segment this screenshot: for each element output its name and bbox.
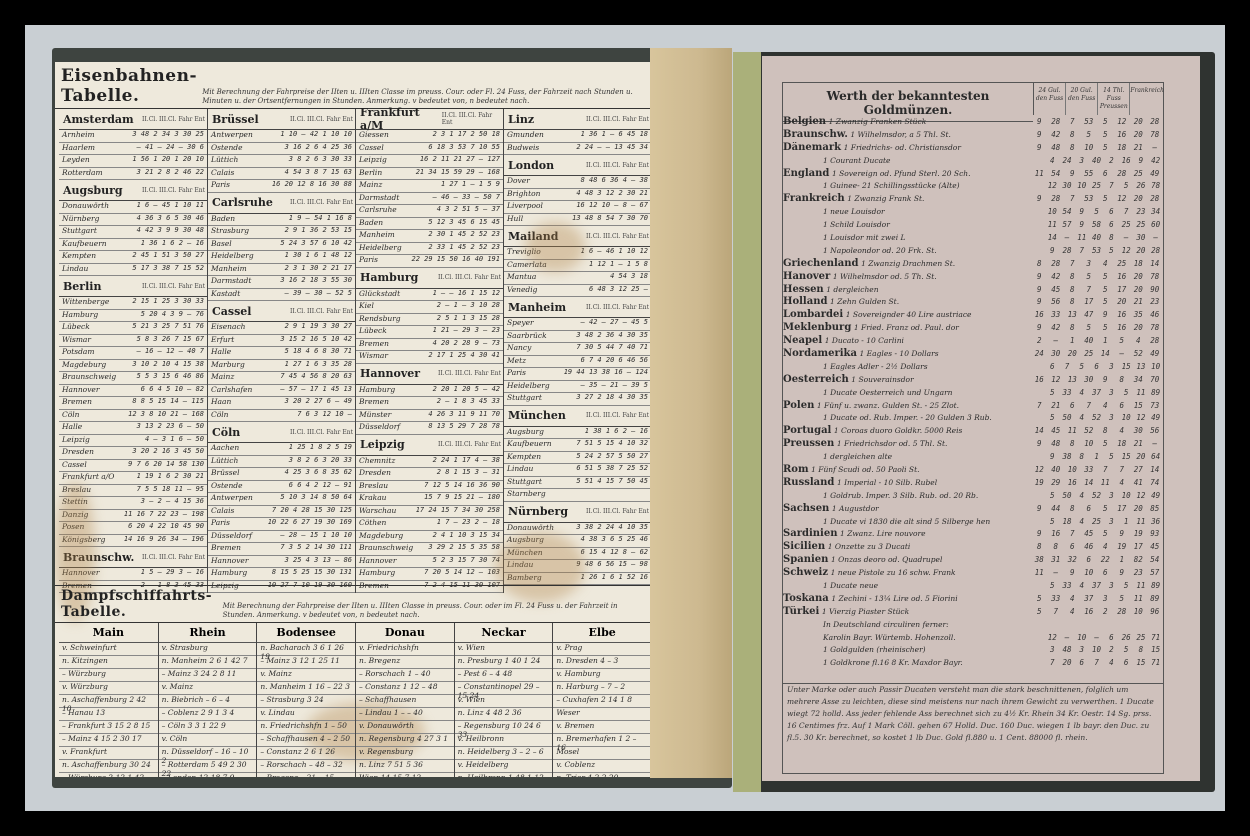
fare-values: 7 6 3 12 10 –: [297, 410, 352, 422]
timetable-row: Hamburg5 20 4 3 9 – 76: [59, 310, 207, 323]
steamer-row: n. Linz 4 48 2 36: [455, 708, 553, 721]
coin-value: 82: [1130, 555, 1147, 564]
destination: Breslau: [359, 481, 388, 493]
coin-name: 1 Goldrub. Imper. 3 Silb. Rub. od. 20 Rb…: [823, 491, 978, 500]
coin-value: 49: [1148, 413, 1163, 422]
timetable-row: Carlshafen– 57 – 17 1 45 13: [208, 385, 355, 398]
coin-value: 34: [1148, 207, 1163, 216]
fare-values: 2 24 1 17 4 – 38: [433, 456, 500, 468]
destination: Augsburg: [507, 427, 544, 439]
destination: Ostende: [211, 143, 243, 155]
coin-value: 6: [1104, 207, 1119, 216]
route: – Rotterdam 5 49 2 30 22: [162, 760, 254, 772]
coin-value: 46: [1081, 542, 1098, 551]
coin-value: 46: [1147, 310, 1164, 319]
timetable-row: Lindau5 17 3 38 7 15 52: [59, 264, 207, 277]
route: Weser: [556, 708, 579, 720]
river-column: Donauv. Friedrichshfnn. Bregenz– Rorscha…: [355, 623, 454, 777]
coin-value: 36: [1148, 517, 1163, 526]
coin-value: 5: [1089, 207, 1104, 216]
coin-value: 16: [1114, 130, 1131, 139]
destination: Manheim: [359, 230, 395, 242]
coin-value: 5: [1081, 323, 1098, 332]
coin-value: 14: [1045, 233, 1060, 242]
coin-value: 5: [1097, 194, 1114, 203]
coin-value: 52: [1081, 426, 1098, 435]
coin-name: 1 Vierzig Piaster Stück: [822, 607, 909, 616]
route: v. Hamburg: [556, 669, 600, 681]
coin-name: 1 Onzas deoro od. Quadrupel: [831, 555, 942, 564]
fare-values: 16 20 12 8 16 30 88: [272, 180, 352, 192]
coin-value: 18: [1060, 517, 1075, 526]
steamer-row: n. Dresden 4 – 3: [553, 656, 651, 669]
coin-value: 33: [1048, 310, 1065, 319]
coin-value: 20: [1060, 658, 1075, 667]
timetable-row: Darmstadt– 46 – 33 – 50 7: [356, 193, 503, 206]
rail-table-title: Eisenbahnen-Tabelle.: [61, 66, 194, 106]
fare-values: 3 29 2 15 5 35 58: [428, 543, 500, 555]
destination: Kiel: [359, 301, 374, 313]
station-header: LinzII.Cl. III.Cl. Fahr Ent: [504, 109, 651, 130]
timetable-row: Kempten5 24 2 57 5 50 27: [504, 452, 651, 465]
coin-name: 1 Zechini - 13¼ Lire od. 5 Fiorini: [831, 594, 957, 603]
coin-value: 4: [1097, 401, 1114, 410]
coin-value: 3: [1104, 581, 1119, 590]
coin-value: 78: [1147, 130, 1164, 139]
station-header: HannoverII.Cl. III.Cl. Fahr Ent: [356, 364, 503, 385]
coin-value: 7: [1104, 181, 1119, 190]
coin-value: 5: [1114, 336, 1131, 345]
timetable-row: Hannover3 25 4 3 13 – 86: [208, 556, 355, 569]
rail-table-header: Eisenbahnen-Tabelle. Mit Berechnung der …: [55, 62, 655, 109]
station-name: Augsburg: [59, 184, 123, 197]
rail-table-subtitle: Mit Berechnung der Fahrpreise der IIten …: [202, 88, 649, 106]
coin-value: 7: [1031, 401, 1048, 410]
fare-values: 1 – – 16 1 15 12: [433, 289, 500, 301]
fare-values: 6 7 4 20 6 46 56: [581, 356, 648, 368]
route: v. Heilbronn: [458, 734, 504, 746]
route: n. Biebrich – 6 – 4: [162, 695, 230, 707]
destination: Kaufbeuern: [507, 439, 552, 451]
column-units: II.Cl. III.Cl. Fahr Ent: [142, 116, 207, 123]
timetable-row: Manheim2 3 1 30 2 21 17: [208, 264, 355, 277]
coin-value: 20: [1130, 130, 1147, 139]
river-column: Elbev. Pragn. Dresden 4 – 3v. Hamburgn. …: [552, 623, 651, 777]
coin-value: 5: [1097, 504, 1114, 513]
route: v. Regensburg: [359, 747, 413, 759]
coin-name: 1 neue Pistole zu 16 schw. Frank: [831, 568, 956, 577]
coin-table: Werth der bekanntesten Goldmünzen. 24 Gu…: [782, 82, 1164, 774]
timetable-row: Cassel9 7 6 20 14 58 130: [59, 460, 207, 473]
timetable-row: Cöln7 6 3 12 10 –: [208, 410, 355, 423]
river-column: Rheinv. Strasburgn. Manheim 2 6 1 42 7– …: [158, 623, 257, 777]
coin-value: 5: [1097, 323, 1114, 332]
station-header: HamburgII.Cl. III.Cl. Fahr Ent: [356, 268, 503, 289]
steamer-row: v. Würzburg: [59, 682, 158, 695]
route: – Würzburg 2 12 1 42: [62, 773, 144, 777]
destination: Haarlem: [62, 143, 95, 155]
steamer-row: v. Friedrichshfn: [356, 643, 454, 656]
timetable-row: Saarbrück3 48 2 36 4 30 35: [504, 331, 651, 344]
fare-values: 9 48 6 56 15 – 98: [576, 560, 648, 572]
timetable-row: Stuttgart3 27 2 18 4 30 35: [504, 393, 651, 406]
coin-value: 11: [1064, 426, 1081, 435]
coin-value: 16: [1114, 323, 1131, 332]
fare-values: 4 20 2 28 9 – 73: [433, 339, 500, 351]
coin-value: 5: [1045, 413, 1060, 422]
coin-value: 1: [1097, 336, 1114, 345]
fare-values: 6 51 5 38 7 25 52: [576, 464, 648, 476]
destination: Stuttgart: [507, 393, 542, 405]
destination: Manheim: [211, 264, 247, 276]
fare-values: 1 10 – 42 1 10 10: [280, 130, 352, 142]
coin-value: 8: [1074, 452, 1089, 461]
coin-value: 40: [1081, 336, 1098, 345]
timetable-row: Wittenberge2 15 1 25 3 30 33: [59, 297, 207, 310]
fare-values: 15 7 9 15 21 – 180: [424, 493, 500, 505]
timetable-row: Nürnberg4 36 3 6 5 30 46: [59, 214, 207, 227]
coin-value: 53: [1089, 246, 1104, 255]
coin-table-column-headers: 24 Gul. den Fuss20 Gul. den Fuss14 Thl. …: [1033, 83, 1164, 115]
coin-name: 1 Sovereignder 40 Lire austriace: [846, 310, 972, 319]
route: n. Linz 4 48 2 36: [458, 708, 522, 720]
coin-value: 38: [1060, 452, 1075, 461]
timetable-row: Darmstadt3 16 2 18 3 55 30: [208, 276, 355, 289]
coin-value: 23: [1133, 207, 1148, 216]
timetable-row: Mainz7 45 4 56 8 20 63: [208, 372, 355, 385]
fare-values: 1 56 1 20 1 20 10: [132, 155, 204, 167]
destination: Carlshafen: [211, 385, 252, 397]
steamer-row: n. Manheim 2 6 1 42 7: [159, 656, 257, 669]
station-name: Cassel: [208, 305, 251, 318]
country-name: Rom: [783, 464, 809, 475]
fare-values: 2 4 1 10 3 15 34: [433, 531, 500, 543]
coin-value: 4: [1074, 388, 1089, 397]
column-units: II.Cl. III.Cl. Fahr Ent: [438, 441, 503, 448]
timetable-row: Rotterdam3 21 2 8 2 46 22: [59, 168, 207, 181]
coin-value: 96: [1147, 607, 1164, 616]
timetable-row: Antwerpen1 10 – 42 1 10 10: [208, 130, 355, 143]
coin-value: 6: [1104, 633, 1119, 642]
destination: Nürnberg: [62, 214, 99, 226]
station-name: Frankfurt a/M: [356, 106, 442, 132]
coin-row: Toskana 1 Zechini - 13¼ Lire od. 5 Fiori…: [783, 592, 1163, 605]
steamer-row: v. Prag: [553, 643, 651, 656]
destination: Dresden: [359, 468, 391, 480]
coin-name: 1 Zwanzig Frank St.: [847, 194, 924, 203]
destination: Hull: [507, 214, 523, 226]
coin-value: 60: [1148, 220, 1163, 229]
destination: Giessen: [359, 130, 389, 142]
coin-value: 3: [1081, 259, 1098, 268]
coin-name: 1 Onzette zu 3 Ducati: [828, 542, 911, 551]
coin-value: 5: [1045, 581, 1060, 590]
coin-value: 16: [1114, 272, 1131, 281]
coin-value: 6: [1045, 362, 1060, 371]
station-header: NürnbergII.Cl. III.Cl. Fahr Ent: [504, 502, 651, 523]
destination: Kempten: [507, 452, 541, 464]
column-units: II.Cl. III.Cl. Fahr Ent: [290, 308, 355, 315]
destination: Hannover: [359, 556, 396, 568]
destination: Hannover: [211, 556, 248, 568]
route: v. Wien: [458, 695, 485, 707]
coin-value: 5: [1045, 491, 1060, 500]
coin-value: 16: [1064, 478, 1081, 487]
fare-values: 4 36 3 6 5 30 46: [137, 214, 204, 226]
coin-name: 1 dergleichen: [826, 285, 878, 294]
timetable-row: Liverpool16 12 10 – 8 – 67: [504, 201, 651, 214]
coin-row: Nordamerika 1 Eagles - 10 Dollars2430202…: [783, 347, 1163, 360]
destination: Heidelberg: [211, 251, 254, 263]
route: n. Trier 4 2 2 20: [556, 773, 618, 777]
coin-value: 40: [1089, 156, 1104, 165]
coin-value: 37: [1089, 581, 1104, 590]
coin-row: 1 Goldrub. Imper. 3 Silb. Rub. od. 20 Rb…: [783, 489, 1163, 502]
timetable-row: Potsdam– 16 – 12 – 40 7: [59, 347, 207, 360]
timetable-row: Rendsburg2 5 1 1 3 15 28: [356, 314, 503, 327]
coin-value: 71: [1148, 633, 1163, 642]
coin-value: 6: [1097, 568, 1114, 577]
coin-value: 5: [1081, 272, 1098, 281]
coin-value: 71: [1148, 658, 1163, 667]
coin-value: 56: [1147, 426, 1164, 435]
coin-value: 5: [1081, 130, 1098, 139]
timetable-row: Paris19 44 13 38 16 – 124: [504, 368, 651, 381]
column-units: II.Cl. III.Cl. Fahr Ent: [586, 412, 651, 419]
fare-values: – 46 – 33 – 50 7: [433, 193, 500, 205]
fare-values: 7 20 5 14 12 – 103: [424, 568, 500, 580]
fare-values: 2 3 1 17 2 50 18: [433, 130, 500, 142]
station-header: AugsburgII.Cl. III.Cl. Fahr Ent: [59, 180, 207, 201]
destination: Rendsburg: [359, 314, 401, 326]
coin-value: 3: [1074, 156, 1089, 165]
fare-values: – 16 – 12 – 40 7: [137, 347, 204, 359]
coin-value: 12: [1133, 413, 1148, 422]
fare-values: 5 18 4 6 8 30 71: [285, 347, 352, 359]
route: n. Heidelberg 3 – 2 – 6: [458, 747, 544, 759]
coin-row: Hessen 1 dergleichen945875172090: [783, 283, 1163, 296]
coin-value: 5: [1097, 130, 1114, 139]
timetable-row: Bremen4 20 2 28 9 – 73: [356, 339, 503, 352]
steam-table-header: Dampfschiffahrts-Tabelle. Mit Berechnung…: [55, 585, 655, 623]
route: – Cöln 3 3 1 22 9: [162, 721, 226, 733]
coin-value: 9: [1031, 439, 1048, 448]
coin-value: 15: [1119, 452, 1134, 461]
timetable-row: Chemnitz2 24 1 17 4 – 38: [356, 456, 503, 469]
coin-value: 5: [1114, 594, 1131, 603]
route: v. Wien: [458, 643, 485, 655]
route: – Mainz 3 12 1 25 11: [260, 656, 340, 668]
coin-value: 16: [1114, 310, 1131, 319]
fare-values: 3 – 2 – 4 15 36: [141, 497, 204, 509]
coin-value: 33: [1060, 581, 1075, 590]
timetable-row: Speyer– 42 – 27 – 45 5: [504, 318, 651, 331]
fare-values: 4 3 2 51 5 – 37: [437, 205, 500, 217]
route: – Strasburg 3 24: [260, 695, 323, 707]
steam-table-subtitle: Mit Berechnung der Fahrpreise der IIten …: [223, 602, 649, 620]
coin-value: 19: [1031, 478, 1048, 487]
timetable-row: Braunschweig5 5 3 15 6 46 86: [59, 372, 207, 385]
fare-values: 1 30 1 6 1 48 12: [285, 251, 352, 263]
timetable-row: Antwerpen5 10 3 14 8 50 64: [208, 493, 355, 506]
coin-value: 93: [1147, 529, 1164, 538]
column-units: II.Cl. III.Cl. Fahr Ent: [438, 370, 503, 377]
fare-values: 5 5 3 15 6 46 86: [137, 372, 204, 384]
coin-value: 8: [1064, 504, 1081, 513]
book-spine: [733, 52, 761, 792]
coin-value: 12: [1031, 465, 1048, 474]
fare-values: 4 38 3 6 5 25 46: [581, 535, 648, 547]
coin-value: —: [1060, 633, 1075, 642]
steamer-row: v. Regensburg: [356, 747, 454, 760]
coin-value: 3: [1045, 645, 1060, 654]
coin-value: 14: [1031, 426, 1048, 435]
coin-value: 3: [1104, 517, 1119, 526]
route: v. Mainz: [260, 669, 291, 681]
fare-values: 4 42 3 9 9 30 48: [137, 226, 204, 238]
timetable-row: Lübeck1 21 – 29 3 – 23: [356, 326, 503, 339]
country-name: Neapel: [783, 335, 822, 346]
destination: Bremen: [359, 397, 389, 409]
fare-values: 2 20 1 20 5 – 42: [433, 385, 500, 397]
coin-row: Karolin Bayr. Würtemb. Hohenzoll.12—10—6…: [783, 631, 1163, 644]
destination: Speyer: [507, 318, 534, 330]
coin-name: In Deutschland circuliren ferner:: [823, 620, 949, 629]
route: n. Presburg 1 40 1 24: [458, 656, 541, 668]
timetable-row: Brüssel4 25 3 6 8 35 62: [208, 468, 355, 481]
timetable-row: Bremen2 – 1 8 3 45 33: [356, 397, 503, 410]
steamer-row: – Regensburg 10 24 6 33: [455, 721, 553, 734]
coin-value: 42: [1048, 323, 1065, 332]
coin-value: 32: [1064, 555, 1081, 564]
steamer-row: Mosel: [553, 747, 651, 760]
timetable-row: Düsseldorf– 28 – 15 1 10 10: [208, 531, 355, 544]
coin-value: 30: [1060, 181, 1075, 190]
coin-value: 11: [1130, 594, 1147, 603]
coin-value: 5: [1074, 362, 1089, 371]
coin-value: 55: [1081, 169, 1098, 178]
coin-value: 7: [1064, 529, 1081, 538]
coin-value: 6: [1089, 362, 1104, 371]
coin-value: 16: [1048, 529, 1065, 538]
destination: Rotterdam: [62, 168, 103, 180]
timetable-row: Bremen7 3 5 2 14 30 111: [208, 543, 355, 556]
destination: Bremen: [62, 397, 92, 409]
route: – Constanz 2 6 1 26: [260, 747, 335, 759]
coin-value: 9: [1031, 504, 1048, 513]
coin-value: 7: [1081, 401, 1098, 410]
timetable-row: Mantua4 54 3 18: [504, 272, 651, 285]
timetable-row: Arnheim3 48 2 34 3 30 25: [59, 130, 207, 143]
right-page-coin-table: Werth der bekanntesten Goldmünzen. 24 Gu…: [762, 56, 1200, 781]
fare-values: 5 10 3 14 8 50 64: [280, 493, 352, 505]
destination: Lübeck: [62, 322, 90, 334]
destination: Krakau: [359, 493, 387, 505]
timetable-row: Aachen1 25 1 8 2 5 19: [208, 443, 355, 456]
coin-row: 1 Ducate od. Rub. Imper. - 20 Gulden 3 R…: [783, 411, 1163, 424]
river-name: Main: [59, 623, 158, 643]
timetable-row: Berlin21 34 15 59 29 – 168: [356, 168, 503, 181]
timetable-row: Kiel2 – 1 – 3 10 28: [356, 301, 503, 314]
country-name: Schweiz: [783, 567, 828, 578]
route: – London 12 18 7 9: [162, 773, 235, 777]
station-name: Linz: [504, 113, 534, 126]
destination: Heidelberg: [359, 243, 402, 255]
destination: Starnberg: [507, 489, 546, 501]
timetable-row: Lübeck5 21 3 25 7 51 76: [59, 322, 207, 335]
destination: Hamburg: [62, 310, 98, 322]
country-name: Meklenburg: [783, 322, 851, 333]
coin-name: 1 Goldgulden (rheinischer): [823, 645, 926, 654]
coin-value: 3: [1104, 413, 1119, 422]
coin-row: Schweiz 1 neue Pistole zu 16 schw. Frank…: [783, 566, 1163, 579]
timetable-row: Gmunden1 36 1 – 6 45 18: [504, 130, 651, 143]
timetable-row: Wismar5 8 3 26 7 15 67: [59, 335, 207, 348]
coin-value: 11: [1031, 568, 1048, 577]
column-units: II.Cl. III.Cl. Fahr Ent: [142, 283, 207, 290]
currency-header: Frankreich: [1129, 83, 1164, 115]
fare-values: 3 16 2 6 4 25 36: [285, 143, 352, 155]
route: – Mainz 3 24 2 8 11: [162, 669, 237, 681]
station-name: London: [504, 159, 554, 172]
column-units: II.Cl. III.Cl. Fahr Ent: [586, 233, 651, 240]
coin-value: 33: [1081, 465, 1098, 474]
fare-values: – 41 – 24 – 30 6: [137, 143, 204, 155]
destination: Münster: [359, 410, 391, 422]
coin-value: 7: [1060, 362, 1075, 371]
coin-value: 30: [1130, 426, 1147, 435]
fare-values: 1 36 1 – 6 45 18: [581, 130, 648, 142]
fare-values: 3 13 2 23 6 – 50: [137, 422, 204, 434]
station-name: Brüssel: [208, 113, 259, 126]
station-header: CölnII.Cl. III.Cl. Fahr Ent: [208, 422, 355, 443]
fare-values: 7 12 5 14 16 36 90: [424, 481, 500, 493]
coin-footnote: Unter Marke oder auch Passir Ducaten ver…: [783, 683, 1163, 744]
country-name: Griechenland: [783, 258, 859, 269]
column-units: II.Cl. III.Cl. Fahr Ent: [290, 199, 355, 206]
steamer-row: v. Hamburg: [553, 669, 651, 682]
fare-values: 2 9 1 19 3 30 27: [285, 322, 352, 334]
coin-value: 24: [1031, 349, 1048, 358]
coin-value: 57: [1060, 220, 1075, 229]
coin-value: 4: [1097, 542, 1114, 551]
coin-value: 20: [1064, 349, 1081, 358]
fare-values: 12 3 8 10 21 – 168: [128, 410, 204, 422]
route: n. Friedrichshfn 1 – 50: [260, 721, 347, 733]
coin-value: 8: [1097, 426, 1114, 435]
coin-value: 3: [1104, 491, 1119, 500]
timetable-row: Marburg1 27 1 6 3 35 28: [208, 360, 355, 373]
coin-value: 8: [1064, 143, 1081, 152]
timetable-row: Kempten2 45 1 51 3 50 27: [59, 251, 207, 264]
steamer-row: n. Heilbronn 1 48 1 12 12: [455, 773, 553, 777]
fare-values: 7 5 5 18 11 – 95: [137, 485, 204, 497]
coin-value: 18: [1114, 143, 1131, 152]
fare-values: 6 15 4 12 8 – 62: [581, 548, 648, 560]
steamer-row: v. Coblenz: [553, 760, 651, 773]
steamer-row: – London 12 18 7 9: [159, 773, 257, 777]
coin-row: Meklenburg 1 Fried. Franz od. Paul. dor9…: [783, 321, 1163, 334]
coin-row: Sicilien 1 Onzette zu 3 Ducati8864641917…: [783, 540, 1163, 553]
destination: Brighton: [507, 189, 541, 201]
steamer-row: – Schaffhausen: [356, 695, 454, 708]
coin-value: 28: [1114, 607, 1131, 616]
steamer-row: – Mainz 3 24 2 8 11: [159, 669, 257, 682]
route: – Schaffhausen 4 – 2 50: [260, 734, 350, 746]
river-column: Mainv. Schweinfurtn. Kitzingen– Würzburg…: [59, 623, 158, 777]
coin-value: 6: [1064, 401, 1081, 410]
coin-value: 11: [1031, 169, 1048, 178]
